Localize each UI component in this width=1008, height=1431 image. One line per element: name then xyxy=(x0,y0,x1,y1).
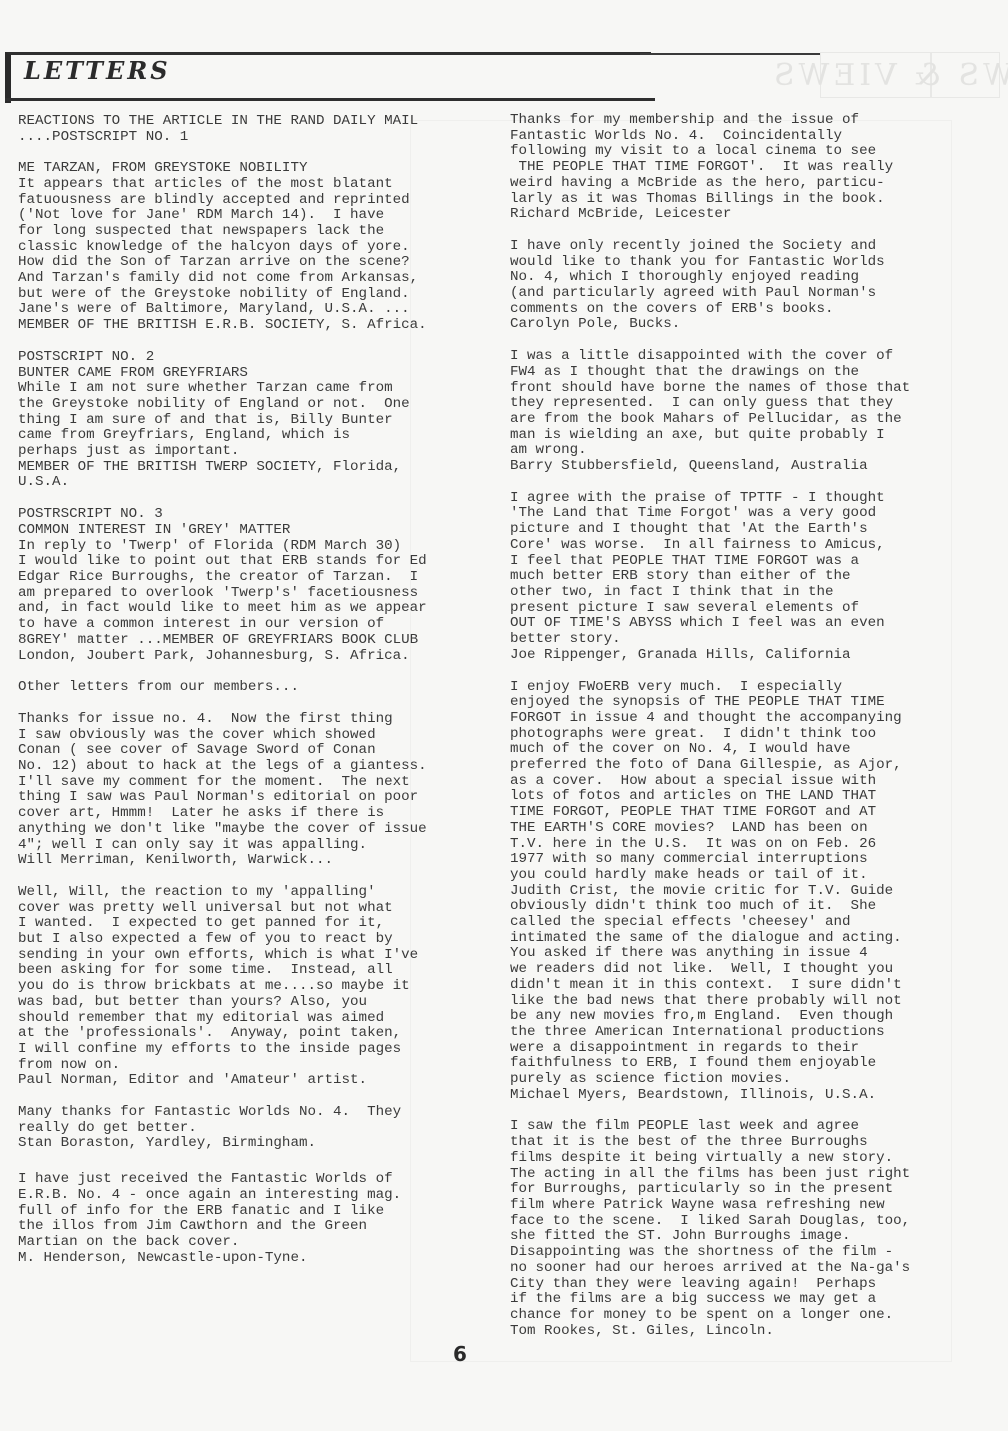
text-line: Thanks for issue no. 4. Now the first th… xyxy=(18,712,498,728)
text-line: I saw the film PEOPLE last week and agre… xyxy=(510,1119,960,1135)
text-line: POSTRSCRIPT NO. 3 xyxy=(18,507,498,523)
text-line: were a disappointment in regards to thei… xyxy=(510,1041,960,1057)
text-line: I saw obviously was the cover which show… xyxy=(18,728,498,744)
text-line: films despite it being virtually a new s… xyxy=(510,1151,960,1167)
letter-block: POSTSCRIPT NO. 2BUNTER CAME FROM GREYFRI… xyxy=(18,350,498,491)
letter-block: I have just received the Fantastic World… xyxy=(18,1172,498,1266)
text-line: for long suspected that newspapers lack … xyxy=(18,224,498,240)
text-line: Thanks for my membership and the issue o… xyxy=(510,113,960,129)
text-line: am wrong. xyxy=(510,443,960,459)
text-line: present picture I saw several elements o… xyxy=(510,601,960,617)
text-line: M. Henderson, Newcastle-upon-Tyne. xyxy=(18,1251,498,1267)
letter-block: Thanks for issue no. 4. Now the first th… xyxy=(18,712,498,869)
text-line: enjoyed the synopsis of THE PEOPLE THAT … xyxy=(510,695,960,711)
text-line: picture and I thought that 'At the Earth… xyxy=(510,522,960,538)
text-line: 8GREY' matter ...MEMBER OF GREYFRIARS BO… xyxy=(18,633,498,649)
show-through-heading: NEWS & VIEWS xyxy=(770,58,1008,93)
text-line: ('Not love for Jane' RDM March 14). I ha… xyxy=(18,208,498,224)
page-number: 6 xyxy=(453,1342,467,1366)
text-line: chance for money to be spent on a longer… xyxy=(510,1308,960,1324)
text-line: London, Joubert Park, Johannesburg, S. A… xyxy=(18,649,498,665)
text-line: 1977 with so many commercial interruptio… xyxy=(510,852,960,868)
text-line: man is wielding an axe, but quite probab… xyxy=(510,428,960,444)
letter-block: REACTIONS TO THE ARTICLE IN THE RAND DAI… xyxy=(18,114,498,334)
text-line: anything we don't like "maybe the cover … xyxy=(18,822,498,838)
text-line: Barry Stubbersfield, Queensland, Austral… xyxy=(510,459,960,475)
text-line: FW4 as I thought that the drawings on th… xyxy=(510,365,960,381)
text-line: better story. xyxy=(510,632,960,648)
text-line: photographs were great. I didn't think t… xyxy=(510,727,960,743)
text-line: Edgar Rice Burroughs, the creator of Tar… xyxy=(18,570,498,586)
letter-block: I agree with the praise of TPTTF - I tho… xyxy=(510,491,960,664)
text-line: like the bad news that there probably wi… xyxy=(510,994,960,1010)
text-line: And Tarzan's family did not come from Ar… xyxy=(18,271,498,287)
letter-block: Well, Will, the reaction to my 'appallin… xyxy=(18,885,498,1089)
text-line: should remember that my editorial was ai… xyxy=(18,1011,498,1027)
text-line: BUNTER CAME FROM GREYFRIARS xyxy=(18,366,498,382)
text-line: called the special effects 'cheesey' and xyxy=(510,915,960,931)
text-line: didn't mean it in this context. I sure d… xyxy=(510,978,960,994)
text-line: City than they were leaving again! Perha… xyxy=(510,1277,960,1293)
text-line: Other letters from our members... xyxy=(18,680,498,696)
text-line: would like to thank you for Fantastic Wo… xyxy=(510,255,960,271)
text-line: Joe Rippenger, Granada Hills, California xyxy=(510,648,960,664)
text-line: comments on the covers of ERB's books. xyxy=(510,302,960,318)
text-line: came from Greyfriars, England, which is xyxy=(18,428,498,444)
text-line: OUT OF TIME'S ABYSS which I feel was an … xyxy=(510,616,960,632)
text-line: In reply to 'Twerp' of Florida (RDM Marc… xyxy=(18,539,498,555)
letter-block: I saw the film PEOPLE last week and agre… xyxy=(510,1119,960,1339)
text-line: front should have borne the names of tho… xyxy=(510,381,960,397)
text-line: I have only recently joined the Society … xyxy=(510,239,960,255)
letter-block: Many thanks for Fantastic Worlds No. 4. … xyxy=(18,1105,498,1152)
text-line: I agree with the praise of TPTTF - I tho… xyxy=(510,491,960,507)
text-line: Disappointing was the shortness of the f… xyxy=(510,1245,960,1261)
text-line: larly as it was Thomas Billings in the b… xyxy=(510,192,960,208)
text-line: sending in your own efforts, which is wh… xyxy=(18,948,498,964)
text-line: I have just received the Fantastic World… xyxy=(18,1172,498,1188)
text-line: I enjoy FWoERB very much. I especially xyxy=(510,680,960,696)
letter-block: POSTRSCRIPT NO. 3COMMON INTEREST IN 'GRE… xyxy=(18,507,498,664)
text-line: following my visit to a local cinema to … xyxy=(510,144,960,160)
text-line: thing I saw was Paul Norman's editorial … xyxy=(18,790,498,806)
text-line: you could hardly make heads or tail of i… xyxy=(510,868,960,884)
text-line: No. 12) about to hack at the legs of a g… xyxy=(18,759,498,775)
text-line: Fantastic Worlds No. 4. Coincidentally xyxy=(510,129,960,145)
text-line: but were of the Greystoke nobility of En… xyxy=(18,287,498,303)
text-line: are from the book Mahars of Pellucidar, … xyxy=(510,412,960,428)
text-line: Richard McBride, Leicester xyxy=(510,207,960,223)
header-rule xyxy=(5,98,655,101)
text-line: 'The Land that Time Forgot' was a very g… xyxy=(510,506,960,522)
text-line: that it is the best of the three Burroug… xyxy=(510,1135,960,1151)
text-line: really do get better. xyxy=(18,1121,498,1137)
text-line: for Burroughs, particularly so in the pr… xyxy=(510,1182,960,1198)
text-line: the three American International product… xyxy=(510,1025,960,1041)
text-line: I feel that PEOPLE THAT TIME FORGOT was … xyxy=(510,554,960,570)
text-line: Tom Rookes, St. Giles, Lincoln. xyxy=(510,1324,960,1340)
text-line: Martian on the back cover. xyxy=(18,1235,498,1251)
text-line: intimated the same of the dialogue and a… xyxy=(510,931,960,947)
text-line: T.V. here in the U.S. It was on on Feb. … xyxy=(510,837,960,853)
text-line: at the 'professionals'. Anyway, point ta… xyxy=(18,1026,498,1042)
text-line: if the films are a big success we may ge… xyxy=(510,1292,960,1308)
header-rule xyxy=(640,53,820,55)
text-line: I will confine my efforts to the inside … xyxy=(18,1042,498,1058)
text-line: from now on. xyxy=(18,1058,498,1074)
text-line: You asked if there was anything in issue… xyxy=(510,946,960,962)
text-line: the Greystoke nobility of England or not… xyxy=(18,397,498,413)
left-column: REACTIONS TO THE ARTICLE IN THE RAND DAI… xyxy=(18,114,498,1282)
text-line: Well, Will, the reaction to my 'appallin… xyxy=(18,885,498,901)
text-line: face to the scene. I liked Sarah Douglas… xyxy=(510,1214,960,1230)
text-line: to have a common interest in our version… xyxy=(18,617,498,633)
text-line: as a cover. How about a special issue wi… xyxy=(510,774,960,790)
text-line: MEMBER OF THE BRITISH E.R.B. SOCIETY, S.… xyxy=(18,318,498,334)
letter-block: Thanks for my membership and the issue o… xyxy=(510,113,960,223)
text-line: While I am not sure whether Tarzan came … xyxy=(18,381,498,397)
text-line: TIME FORGOT, PEOPLE THAT TIME FORGOT and… xyxy=(510,805,960,821)
text-line: other two, in fact I think that in the xyxy=(510,585,960,601)
text-line: Jane's were of Baltimore, Maryland, U.S.… xyxy=(18,302,498,318)
text-line: Paul Norman, Editor and 'Amateur' artist… xyxy=(18,1073,498,1089)
text-line: film where Patrick Wayne wasa refreshing… xyxy=(510,1198,960,1214)
text-line: full of info for the ERB fanatic and I l… xyxy=(18,1204,498,1220)
text-line: Judith Crist, the movie critic for T.V. … xyxy=(510,884,960,900)
text-line: U.S.A. xyxy=(18,475,498,491)
text-line: they represented. I can only guess that … xyxy=(510,396,960,412)
text-line: Michael Myers, Beardstown, Illinois, U.S… xyxy=(510,1088,960,1104)
text-line: I wanted. I expected to get panned for i… xyxy=(18,916,498,932)
text-line: POSTSCRIPT NO. 2 xyxy=(18,350,498,366)
letter-block: I was a little disappointed with the cov… xyxy=(510,349,960,475)
section-title: LETTERS xyxy=(24,56,171,85)
text-line: obviously didn't think too much of it. S… xyxy=(510,899,960,915)
text-line: much of the cover on No. 4, I would have xyxy=(510,742,960,758)
right-column: Thanks for my membership and the issue o… xyxy=(510,113,960,1355)
newsletter-page: NEWS & VIEWS LETTERS REACTIONS TO THE AR… xyxy=(0,0,1008,1431)
text-line: but I also expected a few of you to reac… xyxy=(18,932,498,948)
text-line: thing I am sure of and that is, Billy Bu… xyxy=(18,413,498,429)
text-line: fatuousness are blindly accepted and rep… xyxy=(18,193,498,209)
letter-block: Other letters from our members... xyxy=(18,680,498,696)
text-line: No. 4, which I thoroughly enjoyed readin… xyxy=(510,270,960,286)
text-line: cover art, Hmmm! Later he asks if there … xyxy=(18,806,498,822)
text-line: we readers did not like. Well, I thought… xyxy=(510,962,960,978)
text-line: Conan ( see cover of Savage Sword of Con… xyxy=(18,743,498,759)
text-line: FORGOT in issue 4 and thought the accomp… xyxy=(510,711,960,727)
text-line: no sooner had our heroes arrived at the … xyxy=(510,1261,960,1277)
text-line: preferred the foto of Dana Gillespie, as… xyxy=(510,758,960,774)
text-line: perhaps just as important. xyxy=(18,444,498,460)
text-line: Stan Boraston, Yardley, Birmingham. xyxy=(18,1136,498,1152)
text-line: REACTIONS TO THE ARTICLE IN THE RAND DAI… xyxy=(18,114,498,130)
text-line: Will Merriman, Kenilworth, Warwick... xyxy=(18,853,498,869)
text-line: (and particularly agreed with Paul Norma… xyxy=(510,286,960,302)
text-line: THE PEOPLE THAT TIME FORGOT'. It was rea… xyxy=(510,160,960,176)
text-line: Core' was worse. In all fairness to Amic… xyxy=(510,538,960,554)
text-line: lots of fotos and articles on THE LAND T… xyxy=(510,789,960,805)
text-line: I was a little disappointed with the cov… xyxy=(510,349,960,365)
text-line: she fitted the ST. John Burroughs image. xyxy=(510,1229,960,1245)
letter-block: I have only recently joined the Society … xyxy=(510,239,960,333)
text-line: purely as science fiction movies. xyxy=(510,1072,960,1088)
text-line: MEMBER OF THE BRITISH TWERP SOCIETY, Flo… xyxy=(18,460,498,476)
text-line: 4"; well I can only say it was appalling… xyxy=(18,838,498,854)
text-line: am prepared to overlook 'Twerp's' faceti… xyxy=(18,586,498,602)
text-line: be any new movies fro,m England. Even th… xyxy=(510,1009,960,1025)
text-line: classic knowledge of the halcyon days of… xyxy=(18,240,498,256)
text-line: COMMON INTEREST IN 'GREY' MATTER xyxy=(18,523,498,539)
text-line: Many thanks for Fantastic Worlds No. 4. … xyxy=(18,1105,498,1121)
text-line: ME TARZAN, FROM GREYSTOKE NOBILITY xyxy=(18,161,498,177)
letter-block: I enjoy FWoERB very much. I especiallyen… xyxy=(510,680,960,1104)
text-line: Carolyn Pole, Bucks. xyxy=(510,317,960,333)
text-line: How did the Son of Tarzan arrive on the … xyxy=(18,255,498,271)
text-line: been asking for for some time. Instead, … xyxy=(18,963,498,979)
text-line: E.R.B. No. 4 - once again an interesting… xyxy=(18,1188,498,1204)
text-line: THE EARTH'S CORE movies? LAND has been o… xyxy=(510,821,960,837)
text-line: the illos from Jim Cawthorn and the Gree… xyxy=(18,1219,498,1235)
text-line: and, in fact would like to meet him as w… xyxy=(18,601,498,617)
text-line: I would like to point out that ERB stand… xyxy=(18,554,498,570)
text-line xyxy=(18,145,498,161)
text-line: you do is throw brickbats at me....so ma… xyxy=(18,979,498,995)
text-line: weird having a McBride as the hero, part… xyxy=(510,176,960,192)
text-line: cover was pretty well universal but not … xyxy=(18,901,498,917)
text-line: was bad, but better than yours? Also, yo… xyxy=(18,995,498,1011)
text-line: It appears that articles of the most bla… xyxy=(18,177,498,193)
text-line: The acting in all the films has been jus… xyxy=(510,1167,960,1183)
text-line: much better ERB story than either of the xyxy=(510,569,960,585)
text-line: ....POSTSCRIPT NO. 1 xyxy=(18,130,498,146)
text-line: I'll save my comment for the moment. The… xyxy=(18,775,498,791)
text-line: faithfulness to ERB, I found them enjoya… xyxy=(510,1056,960,1072)
